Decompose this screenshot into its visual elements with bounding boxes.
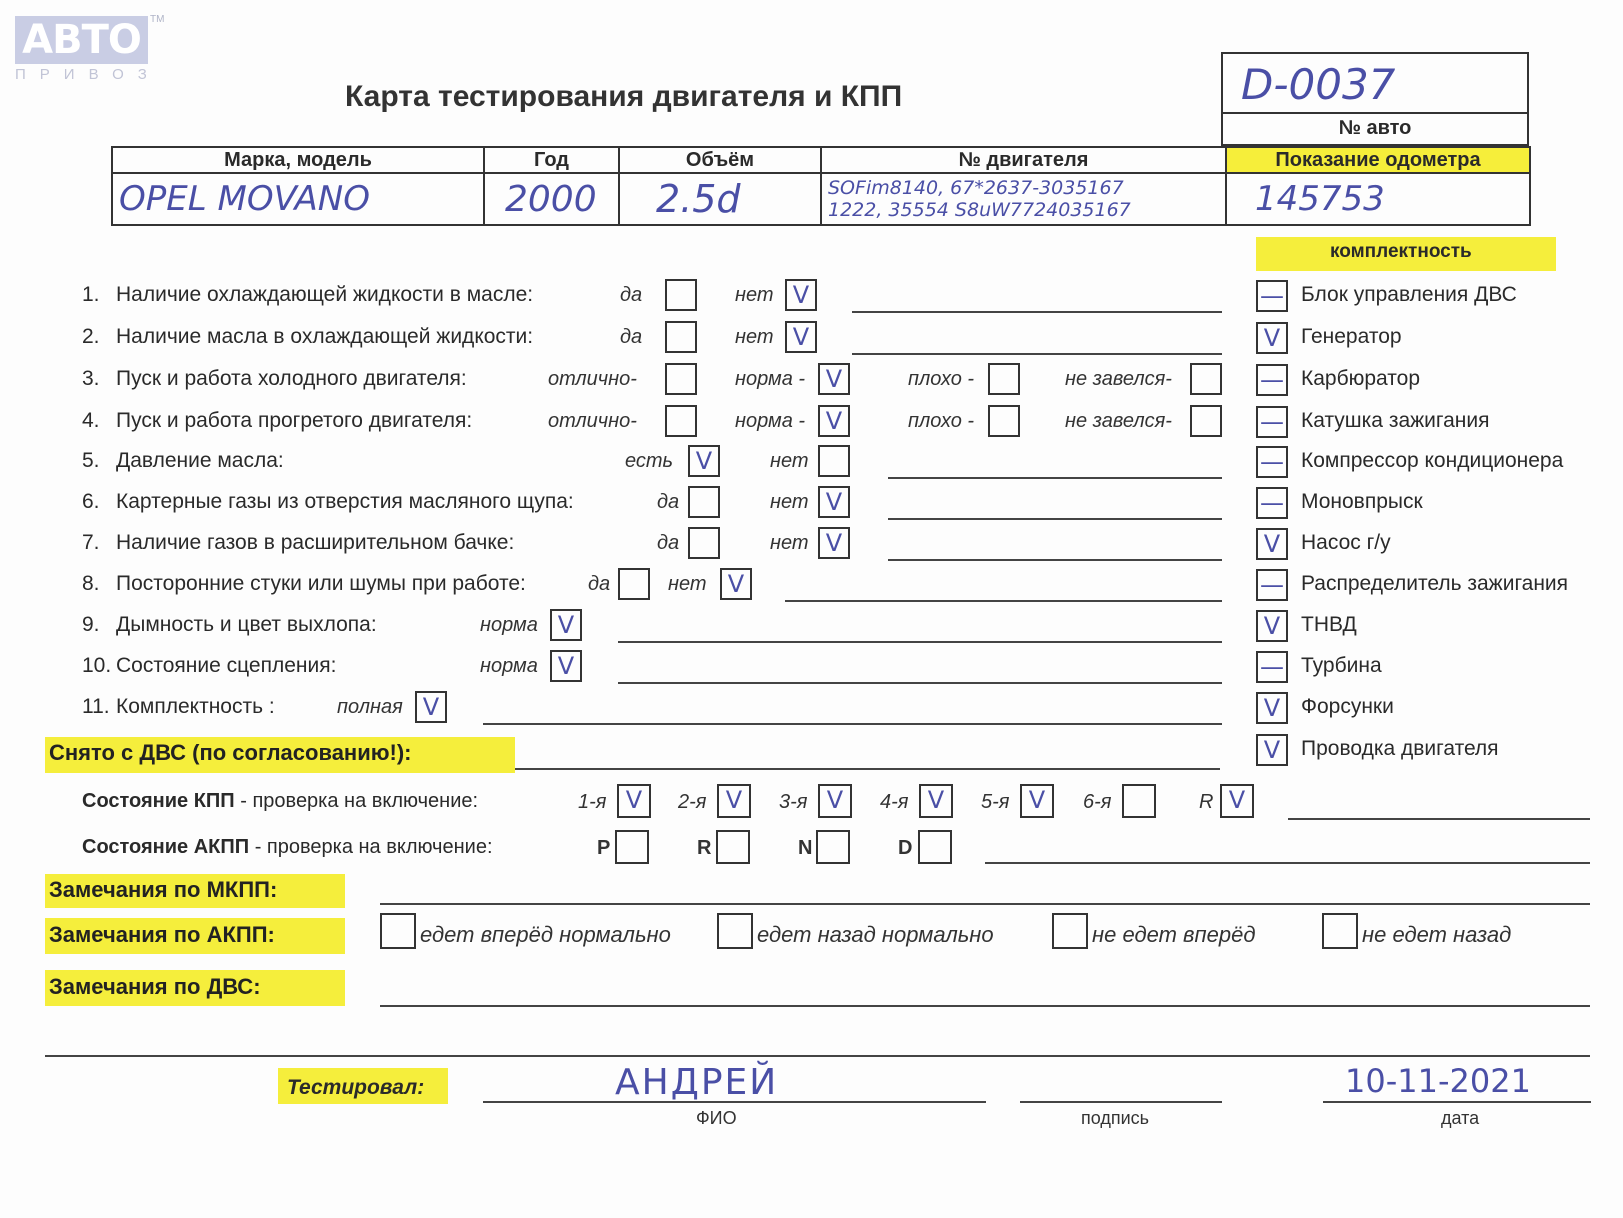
question-5: 5.Давление масла: xyxy=(82,449,284,473)
question-note-line[interactable] xyxy=(785,600,1222,602)
option-label: нет xyxy=(770,450,809,473)
akpp-remark-label: не едет назад xyxy=(1362,922,1511,948)
gear-checkbox-7-mark: V xyxy=(1229,786,1245,814)
option-label: нет xyxy=(770,532,809,555)
akpp-remark-checkbox-3[interactable] xyxy=(1052,913,1088,949)
completeness-checkbox-8-mark: — xyxy=(1260,571,1284,599)
option-label: плохо - xyxy=(908,410,974,433)
question-1: 1.Наличие охлаждающей жидкости в масле: xyxy=(82,283,533,307)
question-label: Давление масла: xyxy=(116,449,284,472)
year-value[interactable]: 2000 xyxy=(491,179,597,220)
completeness-item-label: Блок управления ДВС xyxy=(1301,283,1517,307)
question-number: 7. xyxy=(82,531,116,555)
question-note-line[interactable] xyxy=(888,477,1222,479)
question-note-line[interactable] xyxy=(618,682,1222,684)
option-label: плохо - xyxy=(908,368,974,391)
completeness-checkbox-6-mark: — xyxy=(1260,489,1284,517)
question-7-option-1-checkbox[interactable] xyxy=(688,527,720,559)
question-1-option-1-checkbox[interactable] xyxy=(665,279,697,311)
mkpp-remarks-line[interactable] xyxy=(380,903,1590,905)
gear-checkbox-4[interactable]: V xyxy=(919,784,953,818)
gear-checkbox-5-mark: V xyxy=(1029,786,1045,814)
auto-number-label: № авто xyxy=(1223,112,1527,142)
gear-checkbox-2[interactable]: V xyxy=(717,784,751,818)
auto-number-value[interactable]: D-0037 xyxy=(1241,60,1395,109)
option-label: полная xyxy=(337,696,403,719)
question-7: 7.Наличие газов в расширительном бачке: xyxy=(82,531,514,555)
completeness-checkbox-12-mark: V xyxy=(1264,736,1280,764)
option-label: да xyxy=(620,284,642,307)
logo: АВТО xyxy=(15,16,148,64)
option-label: нет xyxy=(735,284,774,307)
question-number: 6. xyxy=(82,490,116,514)
question-10: 10.Состояние сцепления: xyxy=(82,654,336,678)
gear-checkbox-1[interactable]: V xyxy=(617,784,651,818)
question-3-option-1-checkbox[interactable] xyxy=(665,363,697,395)
completeness-checkbox-7[interactable]: V xyxy=(1256,528,1288,560)
auto-gearbox-label-rest: - проверка на включение: xyxy=(249,836,492,858)
question-7-option-2-checkbox[interactable]: V xyxy=(818,527,850,559)
question-3-option-2-checkbox-mark: V xyxy=(826,365,842,393)
question-4: 4.Пуск и работа прогретого двигателя: xyxy=(82,409,472,433)
gear-label: 5-я xyxy=(981,791,1009,814)
completeness-checkbox-1[interactable]: — xyxy=(1256,280,1288,312)
mode-checkbox-2[interactable] xyxy=(716,830,750,864)
question-2: 2.Наличие масла в охлаждающей жидкости: xyxy=(82,325,533,349)
completeness-item-label: Насос г/у xyxy=(1301,531,1391,555)
vehicle-info-table: Марка, модель Год Объём № двигателя Пока… xyxy=(111,146,1531,226)
question-8-option-1-checkbox[interactable] xyxy=(618,568,650,600)
question-4-option-2-checkbox-mark: V xyxy=(826,407,842,435)
question-4-option-3-checkbox[interactable] xyxy=(988,405,1020,437)
question-label: Пуск и работа холодного двигателя: xyxy=(116,367,467,390)
name-line xyxy=(483,1101,986,1103)
completeness-item-label: Форсунки xyxy=(1301,695,1394,719)
question-label: Состояние сцепления: xyxy=(116,654,336,677)
gear-checkbox-1-mark: V xyxy=(626,786,642,814)
question-label: Картерные газы из отверстия масляного щу… xyxy=(116,490,574,513)
mode-checkbox-4[interactable] xyxy=(918,830,952,864)
signature-line[interactable] xyxy=(1020,1101,1222,1103)
akpp-remark-label: едет вперёд нормально xyxy=(420,922,671,948)
mode-label: N xyxy=(798,837,812,860)
gear-label: 2-я xyxy=(678,791,706,814)
question-number: 3. xyxy=(82,367,116,391)
completeness-item-label: Компрессор кондиционера xyxy=(1301,449,1563,473)
auto-gearbox-label: Состояние АКПП - проверка на включение: xyxy=(82,836,493,859)
mkpp-remarks-label: Замечания по МКПП: xyxy=(49,877,277,903)
auto-number-box: D-0037 № авто xyxy=(1221,52,1529,146)
question-5-option-1-checkbox-mark: V xyxy=(696,447,712,475)
option-label: нет xyxy=(770,491,809,514)
question-number: 8. xyxy=(82,572,116,596)
completeness-checkbox-4-mark: — xyxy=(1260,408,1284,436)
question-4-option-2-checkbox[interactable]: V xyxy=(818,405,850,437)
mode-checkbox-3[interactable] xyxy=(816,830,850,864)
gear-label: 3-я xyxy=(779,791,807,814)
completeness-checkbox-9-mark: V xyxy=(1264,612,1280,640)
completeness-item-label: Генератор xyxy=(1301,325,1402,349)
col-year: Год xyxy=(484,147,619,173)
option-label: нет xyxy=(668,573,707,596)
question-9: 9.Дымность и цвет выхлопа: xyxy=(82,613,377,637)
question-note-line[interactable] xyxy=(888,559,1222,561)
question-8-option-2-checkbox[interactable]: V xyxy=(720,568,752,600)
completeness-checkbox-2-mark: V xyxy=(1264,324,1280,352)
question-number: 2. xyxy=(82,325,116,349)
completeness-checkbox-9[interactable]: V xyxy=(1256,610,1288,642)
gear-label: 1-я xyxy=(578,791,606,814)
option-label: да xyxy=(657,491,679,514)
mode-checkbox-1[interactable] xyxy=(615,830,649,864)
col-volume: Объём xyxy=(619,147,821,173)
mode-label: R xyxy=(697,837,711,860)
question-number: 1. xyxy=(82,283,116,307)
completeness-item-label: Катушка зажигания xyxy=(1301,409,1489,433)
question-6-option-2-checkbox-mark: V xyxy=(826,488,842,516)
question-note-line[interactable] xyxy=(888,518,1222,520)
volume-value[interactable]: 2.5d xyxy=(626,177,741,221)
question-11-option-1-checkbox-mark: V xyxy=(423,693,439,721)
option-label: есть xyxy=(625,450,673,473)
completeness-item-label: Моновпрыск xyxy=(1301,490,1423,514)
completeness-item-label: Распределитель зажигания xyxy=(1301,572,1568,596)
question-4-option-4-checkbox[interactable] xyxy=(1190,405,1222,437)
question-2-option-2-checkbox-mark: V xyxy=(793,323,809,351)
signature-caption: подпись xyxy=(1081,1108,1149,1129)
question-3-option-3-checkbox[interactable] xyxy=(988,363,1020,395)
completeness-checkbox-1-mark: — xyxy=(1260,282,1284,310)
question-number: 5. xyxy=(82,449,116,473)
question-6-option-2-checkbox[interactable]: V xyxy=(818,486,850,518)
question-3: 3.Пуск и работа холодного двигателя: xyxy=(82,367,467,391)
completeness-checkbox-11-mark: V xyxy=(1264,694,1280,722)
question-4-option-1-checkbox[interactable] xyxy=(665,405,697,437)
completeness-checkbox-4[interactable]: — xyxy=(1256,406,1288,438)
question-1-option-2-checkbox[interactable]: V xyxy=(785,279,817,311)
option-label: не завелся- xyxy=(1065,368,1172,391)
question-7-option-2-checkbox-mark: V xyxy=(826,529,842,557)
manual-gearbox-label-bold: Состояние КПП xyxy=(82,790,235,812)
question-3-option-2-checkbox[interactable]: V xyxy=(818,363,850,395)
akpp-remark-checkbox-2[interactable] xyxy=(717,913,753,949)
removed-label: Снято с ДВС (по согласованию!): xyxy=(49,740,412,766)
question-label: Наличие масла в охлаждающей жидкости: xyxy=(116,325,533,348)
test-date[interactable]: 10-11-2021 xyxy=(1345,1062,1531,1100)
option-label: нет xyxy=(735,326,774,349)
dvs-remarks-line[interactable] xyxy=(380,1005,1590,1007)
page-title: Карта тестирования двигателя и КПП xyxy=(345,80,902,114)
question-label: Посторонние стуки или шумы при работе: xyxy=(116,572,526,595)
question-3-option-4-checkbox[interactable] xyxy=(1190,363,1222,395)
question-number: 11. xyxy=(82,695,116,719)
question-9-option-1-checkbox[interactable]: V xyxy=(550,609,582,641)
completeness-checkbox-8[interactable]: — xyxy=(1256,569,1288,601)
option-label: да xyxy=(620,326,642,349)
tested-by-label: Тестировал: xyxy=(287,1076,424,1100)
option-label: да xyxy=(588,573,610,596)
option-label: не завелся- xyxy=(1065,410,1172,433)
col-odometer: Показание одометра xyxy=(1226,147,1530,173)
gear-label: 6-я xyxy=(1083,791,1111,814)
option-label: норма xyxy=(480,655,538,678)
manual-gearbox-label-rest: - проверка на включение: xyxy=(235,790,478,812)
gear-checkbox-3-mark: V xyxy=(827,786,843,814)
question-5-option-2-checkbox[interactable] xyxy=(818,445,850,477)
question-1-option-2-checkbox-mark: V xyxy=(793,281,809,309)
completeness-checkbox-3[interactable]: — xyxy=(1256,364,1288,396)
akpp-remark-checkbox-4[interactable] xyxy=(1322,913,1358,949)
manual-gearbox-label: Состояние КПП - проверка на включение: xyxy=(82,790,478,813)
tester-name[interactable]: АНДРЕЙ xyxy=(615,1062,778,1103)
option-label: да xyxy=(657,532,679,555)
gear-label: 4-я xyxy=(880,791,908,814)
engine-number-line2[interactable]: 1222, 35554 S8uW7724035167 xyxy=(828,199,1225,221)
question-label: Дымность и цвет выхлопа: xyxy=(116,613,377,636)
question-9-option-1-checkbox-mark: V xyxy=(558,611,574,639)
akpp-remarks-label: Замечания по АКПП: xyxy=(49,922,275,948)
completeness-checkbox-5-mark: — xyxy=(1260,448,1284,476)
logo-trademark: TM xyxy=(150,14,164,25)
question-5-option-1-checkbox[interactable]: V xyxy=(688,445,720,477)
option-label: норма - xyxy=(735,368,805,391)
question-note-line[interactable] xyxy=(852,353,1222,355)
completeness-checkbox-12[interactable]: V xyxy=(1256,734,1288,766)
mode-label: D xyxy=(898,837,912,860)
question-note-line[interactable] xyxy=(483,723,1222,725)
question-number: 9. xyxy=(82,613,116,637)
gear-checkbox-5[interactable]: V xyxy=(1020,784,1054,818)
completeness-checkbox-11[interactable]: V xyxy=(1256,692,1288,724)
logo-subtitle: ПРИВОЗ xyxy=(15,66,161,83)
completeness-item-label: Турбина xyxy=(1301,654,1382,678)
completeness-checkbox-10-mark: — xyxy=(1260,653,1284,681)
gear-checkbox-2-mark: V xyxy=(726,786,742,814)
dvs-remarks-label: Замечания по ДВС: xyxy=(49,974,261,1000)
question-6: 6.Картерные газы из отверстия масляного … xyxy=(82,490,574,514)
question-number: 10. xyxy=(82,654,116,678)
question-10-option-1-checkbox-mark: V xyxy=(558,652,574,680)
question-2-option-2-checkbox[interactable]: V xyxy=(785,321,817,353)
question-label: Комплектность : xyxy=(116,695,275,718)
auto-gearbox-line[interactable] xyxy=(985,862,1590,864)
completeness-checkbox-5[interactable]: — xyxy=(1256,446,1288,478)
question-note-line[interactable] xyxy=(618,641,1222,643)
option-label: отлично- xyxy=(548,368,637,391)
col-engine-number: № двигателя xyxy=(821,147,1226,173)
question-label: Наличие охлаждающей жидкости в масле: xyxy=(116,283,533,306)
gear-label: R xyxy=(1199,791,1213,814)
removed-line[interactable] xyxy=(515,768,1220,770)
question-number: 4. xyxy=(82,409,116,433)
question-note-line[interactable] xyxy=(852,311,1222,313)
option-label: норма xyxy=(480,614,538,637)
question-6-option-1-checkbox[interactable] xyxy=(688,486,720,518)
name-caption: ФИО xyxy=(696,1108,737,1129)
mode-label: P xyxy=(597,837,610,860)
question-11: 11.Комплектность : xyxy=(82,695,275,719)
model-value[interactable]: OPEL MOVANO xyxy=(119,179,370,219)
completeness-item-label: ТНВД xyxy=(1301,613,1357,637)
date-caption: дата xyxy=(1441,1108,1479,1129)
date-line xyxy=(1323,1101,1591,1103)
question-8: 8.Посторонние стуки или шумы при работе: xyxy=(82,572,526,596)
question-10-option-1-checkbox[interactable]: V xyxy=(550,650,582,682)
option-label: отлично- xyxy=(548,410,637,433)
question-2-option-1-checkbox[interactable] xyxy=(665,321,697,353)
completeness-item-label: Проводка двигателя xyxy=(1301,737,1499,761)
odometer-value[interactable]: 145753 xyxy=(1233,179,1385,219)
gear-checkbox-4-mark: V xyxy=(928,786,944,814)
question-label: Наличие газов в расширительном бачке: xyxy=(116,531,514,554)
completeness-title: комплектность xyxy=(1330,241,1472,263)
completeness-checkbox-2[interactable]: V xyxy=(1256,322,1288,354)
completeness-checkbox-6[interactable]: — xyxy=(1256,487,1288,519)
question-label: Пуск и работа прогретого двигателя: xyxy=(116,409,472,432)
completeness-checkbox-3-mark: — xyxy=(1260,366,1284,394)
akpp-remark-label: едет назад нормально xyxy=(757,922,994,948)
question-11-option-1-checkbox[interactable]: V xyxy=(415,691,447,723)
gear-checkbox-3[interactable]: V xyxy=(818,784,852,818)
completeness-item-label: Карбюратор xyxy=(1301,367,1420,391)
gear-checkbox-6[interactable] xyxy=(1122,784,1156,818)
col-model: Марка, модель xyxy=(112,147,484,173)
manual-gearbox-line[interactable] xyxy=(1288,818,1590,820)
auto-gearbox-label-bold: Состояние АКПП xyxy=(82,836,249,858)
dvs-remarks-line-2[interactable] xyxy=(45,1055,1590,1057)
completeness-checkbox-10[interactable]: — xyxy=(1256,651,1288,683)
akpp-remark-checkbox-1[interactable] xyxy=(380,913,416,949)
completeness-checkbox-7-mark: V xyxy=(1264,530,1280,558)
engine-number-line1[interactable]: SOFim8140, 67*2637-3035167 xyxy=(828,177,1225,199)
akpp-remark-label: не едет вперёд xyxy=(1092,922,1256,948)
question-8-option-2-checkbox-mark: V xyxy=(728,570,744,598)
option-label: норма - xyxy=(735,410,805,433)
gear-checkbox-7[interactable]: V xyxy=(1220,784,1254,818)
